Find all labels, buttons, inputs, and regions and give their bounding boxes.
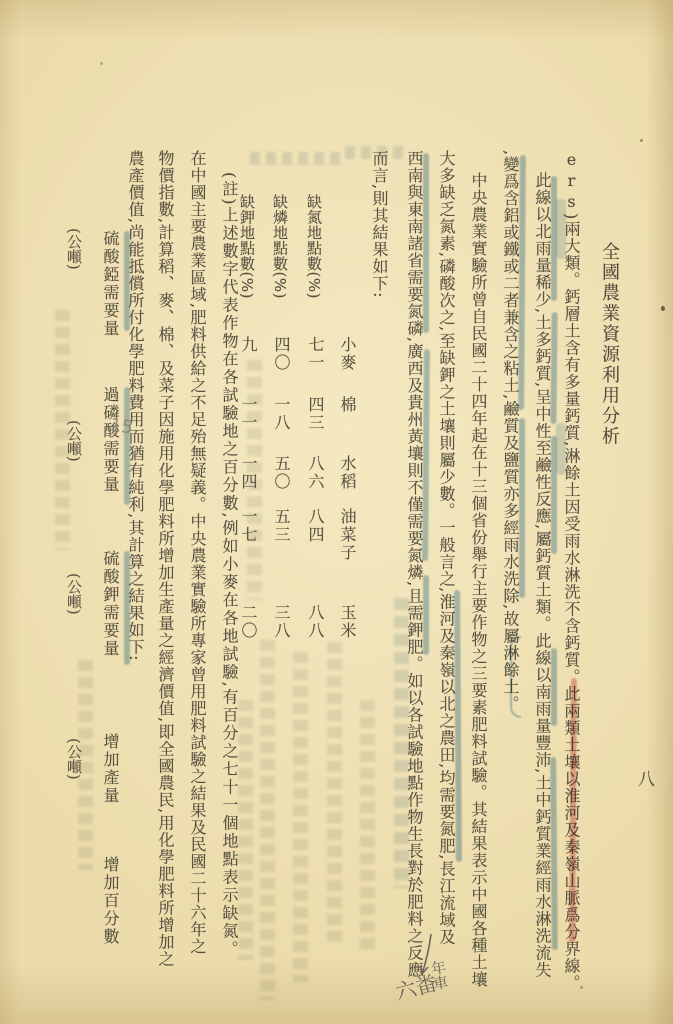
body-column-9: 在中國主要農業區域,肥料供給之不足殆無疑義。中央農業實驗所專家曾用肥料試驗之結果… (184, 150, 211, 955)
label-percentage-increase: 增加百分數 (97, 856, 124, 946)
underline-mark-blue (550, 312, 557, 424)
underline-mark-blue (423, 153, 429, 333)
table-header-nitrogen: 缺氮地點數(%) (300, 194, 327, 299)
underline-mark-blue (454, 590, 462, 862)
page-number: 八 (630, 770, 657, 787)
bleedthrough-ghost (250, 152, 340, 165)
handwritten-number: 15 (109, 415, 135, 439)
crop-name: 玉米 (334, 604, 361, 640)
smudge-mark-blue (556, 199, 566, 259)
table-cell-n: 四三 (302, 396, 329, 432)
underline-mark-blue (124, 387, 130, 505)
bleedthrough-ghost (360, 700, 375, 950)
bleedthrough-ghost (260, 640, 275, 1000)
underline-mark-blue (423, 575, 429, 655)
table-cell-n: 八六 (302, 455, 329, 491)
table-cell-n: 八八 (302, 604, 329, 640)
table-cell-n: 七一 (302, 336, 329, 372)
paper-speck (661, 306, 665, 311)
scribble-characters: 年車 (427, 959, 452, 992)
underline-mark-blue (124, 551, 130, 665)
table-header-phosphorus: 缺燐地點數(%) (266, 194, 293, 299)
label-potassium-sulfate: 硫酸鉀需要量 (97, 550, 124, 658)
note-column: (註)上述數字代表作物在各試驗地之百分數,例如小麥在各地試驗,有百分之七十一個地… (216, 172, 243, 959)
brace-mark-blue (510, 636, 521, 718)
paper-speck (580, 986, 583, 989)
body-column-10: 物價指數,計算稻、麥、棉、及菜子因施用化學肥料所增加生產量之經濟價值,即全國農民… (152, 150, 179, 967)
unit-metric-tons: (公噸) (60, 573, 87, 615)
page-title: 全國農業資源利用分析 (596, 242, 623, 447)
unit-metric-tons: (公噸) (60, 228, 87, 270)
table-cell-n: 八四 (302, 508, 329, 544)
crop-name: 棉 (334, 396, 361, 414)
handwritten-scribble: 六畨 年車 (393, 932, 463, 1022)
underline-mark-blue (550, 757, 558, 950)
underline-mark-blue (422, 349, 430, 561)
underline-mark-blue (124, 231, 130, 331)
body-column-7: 而言,則其結果如下: (366, 150, 393, 298)
crop-name: 小麥 (334, 336, 361, 372)
unit-metric-tons: (公噸) (60, 420, 87, 462)
table-cell-p: 四〇 (268, 336, 295, 372)
crop-name: 油菜子 (334, 508, 361, 562)
label-superphosphate: 過磷酸需要量 (97, 386, 124, 494)
smudge-mark-blue (556, 423, 566, 475)
paper-speck (640, 139, 643, 142)
paper-speck (100, 62, 103, 65)
underline-mark-blue (518, 155, 526, 410)
bleedthrough-ghost (327, 642, 342, 942)
underline-mark-blue (519, 418, 525, 598)
unit-metric-tons: (公噸) (60, 738, 87, 780)
table-cell-p: 五〇 (268, 455, 295, 491)
underline-mark-blue (551, 648, 557, 726)
scanned-document-page: 全國農業資源利用分析 八 ers)兩大類。鈣層土含有多量鈣質,淋餘土因受雨水淋洗… (0, 0, 673, 1024)
body-column-4: 中央農業實驗所曾自民國二十四年起在十三個省份舉行主要作物之三要素肥料試驗。其結果… (465, 172, 492, 988)
bleedthrough-ghost (293, 652, 308, 982)
table-cell-p: 一八 (268, 396, 295, 432)
crop-name: 水稻 (334, 455, 361, 491)
table-cell-p: 五三 (268, 508, 295, 544)
label-yield-increase: 增加產量 (97, 733, 124, 805)
label-ammonium-sulfate: 硫酸錏需要量 (97, 230, 124, 338)
table-cell-p: 三八 (268, 604, 295, 640)
